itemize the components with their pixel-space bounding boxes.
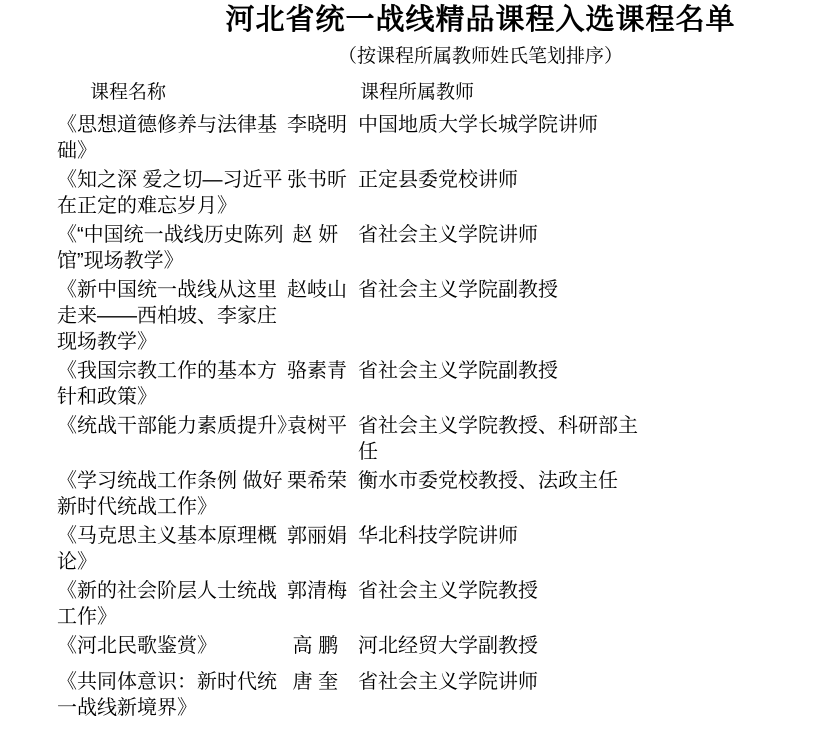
teacher-name: 张书昕 <box>287 167 358 193</box>
teacher-affiliation: 省社会主义学院教授 <box>358 580 538 602</box>
teacher-cell: 赵岐山省社会主义学院副教授 <box>287 277 642 355</box>
teacher-name: 赵岐山 <box>287 277 358 303</box>
table-header-row: 课程名称 课程所属教师 <box>0 80 833 106</box>
course-name-cell: 《学习统战工作条例 做好新时代统战工作》 <box>57 468 287 520</box>
teacher-cell: 骆素青省社会主义学院副教授 <box>287 358 642 410</box>
table-row: 《知之深 爱之切—习近平在正定的难忘岁月》 张书昕正定县委党校讲师 <box>0 167 833 219</box>
table-row: 《统战干部能力素质提升》 袁树平省社会主义学院教授、科研部主任 <box>0 413 833 465</box>
teacher-name: 骆素青 <box>287 358 358 384</box>
table-row: 《我国宗教工作的基本方针和政策》 骆素青省社会主义学院副教授 <box>0 358 833 410</box>
table-row: 《新中国统一战线从这里走来——西柏坡、李家庄现场教学》 赵岐山省社会主义学院副教… <box>0 277 833 355</box>
teacher-cell: 郭清梅省社会主义学院教授 <box>287 578 642 630</box>
teacher-cell: 赵 妍省社会主义学院讲师 <box>287 222 642 274</box>
teacher-name: 高 鹏 <box>287 633 358 659</box>
course-name-cell: 《马克思主义基本原理概论》 <box>57 523 287 575</box>
teacher-name: 李晓明 <box>287 112 358 138</box>
teacher-name: 栗希荣 <box>287 468 358 494</box>
table-row: 《“中国统一战线历史陈列馆”现场教学》 赵 妍省社会主义学院讲师 <box>0 222 833 274</box>
teacher-affiliation: 衡水市委党校教授、法政主任 <box>358 470 618 492</box>
page-subtitle: （按课程所属教师姓氏笔划排序） <box>0 44 833 70</box>
teacher-cell: 李晓明中国地质大学长城学院讲师 <box>287 112 642 164</box>
teacher-affiliation: 河北经贸大学副教授 <box>358 635 538 657</box>
table-row: 《新的社会阶层人士统战工作》 郭清梅省社会主义学院教授 <box>0 578 833 630</box>
teacher-affiliation: 中国地质大学长城学院讲师 <box>358 114 598 136</box>
course-name-cell: 《新中国统一战线从这里走来——西柏坡、李家庄现场教学》 <box>57 277 287 355</box>
table-row: 《河北民歌鉴赏》 高 鹏河北经贸大学副教授 <box>0 633 833 659</box>
teacher-name: 唐 奎 <box>287 669 358 695</box>
course-name-cell: 《河北民歌鉴赏》 <box>57 633 287 659</box>
teacher-cell: 张书昕正定县委党校讲师 <box>287 167 642 219</box>
teacher-name: 袁树平 <box>287 413 358 439</box>
course-name-cell: 《统战干部能力素质提升》 <box>57 413 287 465</box>
table-row: 《学习统战工作条例 做好新时代统战工作》 栗希荣衡水市委党校教授、法政主任 <box>0 468 833 520</box>
course-name-cell: 《共同体意识：新时代统一战线新境界》 <box>57 669 287 721</box>
teacher-name: 赵 妍 <box>287 222 358 248</box>
document: 河北省统一战线精品课程入选课程名单 （按课程所属教师姓氏笔划排序） 课程名称 课… <box>0 0 833 721</box>
teacher-name: 郭丽娟 <box>287 523 358 549</box>
teacher-cell: 唐 奎省社会主义学院讲师 <box>287 669 642 721</box>
course-table: 《思想道德修养与法律基础》 李晓明中国地质大学长城学院讲师 《知之深 爱之切—习… <box>0 112 833 721</box>
teacher-cell: 高 鹏河北经贸大学副教授 <box>287 633 642 659</box>
course-name-cell: 《新的社会阶层人士统战工作》 <box>57 578 287 630</box>
table-row: 《思想道德修养与法律基础》 李晓明中国地质大学长城学院讲师 <box>0 112 833 164</box>
teacher-cell: 栗希荣衡水市委党校教授、法政主任 <box>287 468 642 520</box>
course-name-cell: 《思想道德修养与法律基础》 <box>57 112 287 164</box>
column-header-course: 课程名称 <box>90 80 166 106</box>
page-title: 河北省统一战线精品课程入选课程名单 <box>0 2 833 38</box>
teacher-affiliation: 正定县委党校讲师 <box>358 169 518 191</box>
column-header-teacher: 课程所属教师 <box>360 80 474 106</box>
teacher-affiliation: 省社会主义学院副教授 <box>358 279 558 301</box>
teacher-affiliation: 省社会主义学院讲师 <box>358 671 538 693</box>
course-name-cell: 《知之深 爱之切—习近平在正定的难忘岁月》 <box>57 167 287 219</box>
teacher-affiliation: 省社会主义学院副教授 <box>358 360 558 382</box>
course-name-cell: 《我国宗教工作的基本方针和政策》 <box>57 358 287 410</box>
teacher-name: 郭清梅 <box>287 578 358 604</box>
teacher-cell: 郭丽娟华北科技学院讲师 <box>287 523 642 575</box>
teacher-affiliation: 华北科技学院讲师 <box>358 525 518 547</box>
table-row: 《共同体意识：新时代统一战线新境界》 唐 奎省社会主义学院讲师 <box>0 669 833 721</box>
teacher-affiliation: 省社会主义学院讲师 <box>358 224 538 246</box>
table-row: 《马克思主义基本原理概论》 郭丽娟华北科技学院讲师 <box>0 523 833 575</box>
course-name-cell: 《“中国统一战线历史陈列馆”现场教学》 <box>57 222 287 274</box>
teacher-affiliation: 省社会主义学院教授、科研部主任 <box>358 415 638 463</box>
teacher-cell: 袁树平省社会主义学院教授、科研部主任 <box>287 413 642 465</box>
